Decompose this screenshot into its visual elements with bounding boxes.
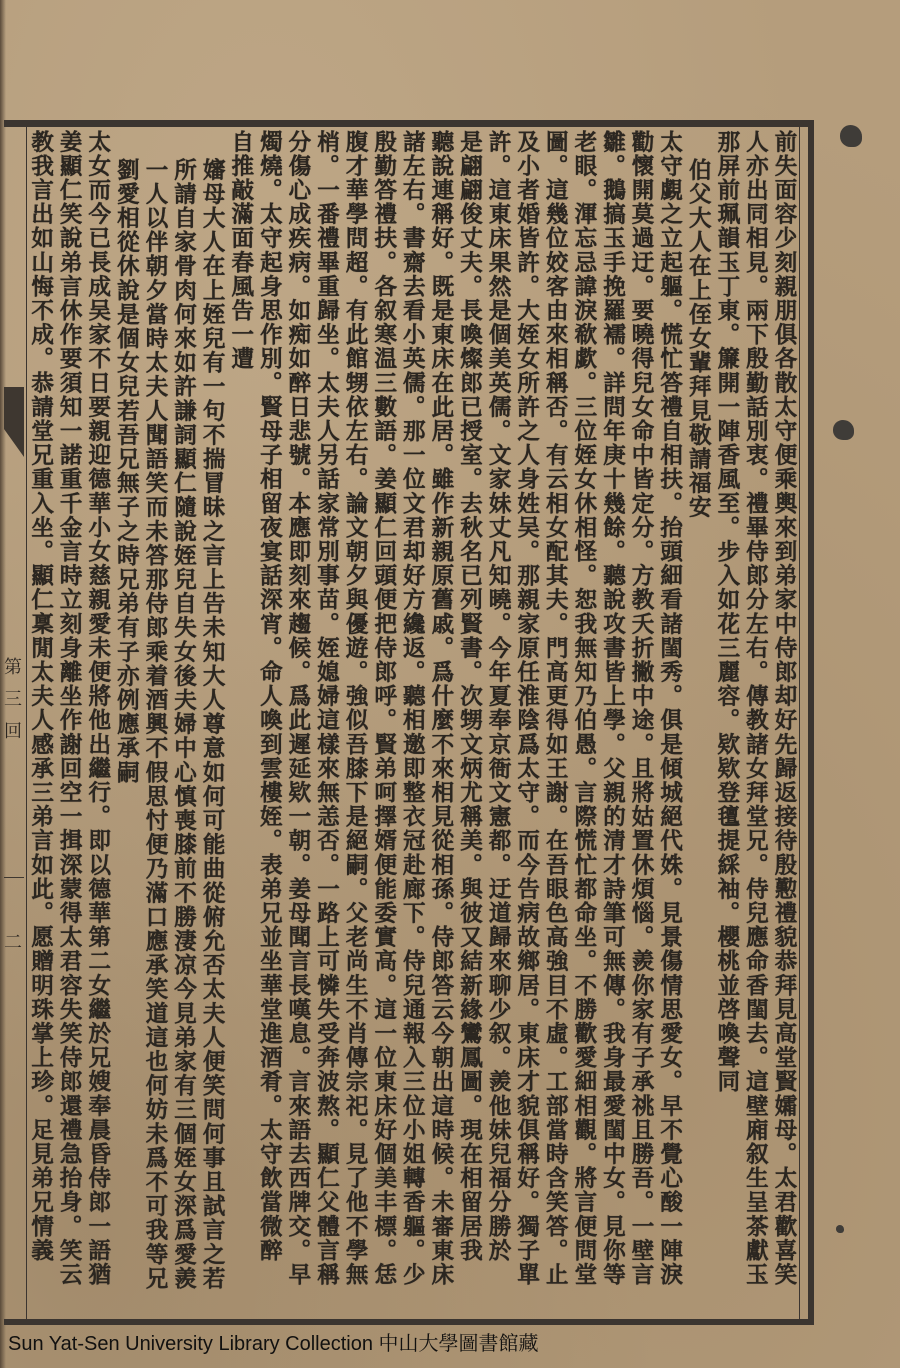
- text-column: 姜顯仁笑說弟言休作要須知一諾重千金言時立刻身離坐作謝回空一揖深蒙得太君容失笑侍郎…: [57, 130, 86, 1310]
- text-column-speech: 所請自家骨肉何來如許謙詞顯仁隨說姪兒自失女後夫婦中心慎喪膝前不勝淒凉今見弟家有三…: [171, 130, 200, 1310]
- vertical-text-body: 前失面容少刻親朋俱各散太守便乘輿來到弟家中侍郎却好先歸返接待殷懃禮貌恭拜見高堂賢…: [28, 130, 800, 1310]
- text-column-speech: 劉愛相從休說是個女兒若吾兄無子之時兄弟有子亦例應承嗣: [114, 130, 143, 1310]
- text-column: 分傷心成疾病。如痴如醉日悲號。本應即刻來趨候。爲此遲延欵一朝。姜母聞言長嘆息。言…: [285, 130, 314, 1310]
- text-column-speech: 一人以伴朝夕當時太夫人聞語笑而未答那侍郎乘着酒興不假思忖便乃滿口應承笑道這也何妨…: [142, 130, 171, 1310]
- text-column: 勸懷開莫過迂。要曉得兒女命中皆定分。方教夭折撇中途。且將姑置休煩惱。羨你家有子承…: [628, 130, 657, 1310]
- text-column: 教我言出如山悔不成。恭請堂兄重入坐。顯仁稟閒太夫人感承三弟言如此。愿贈明珠掌上珍…: [28, 130, 57, 1310]
- text-column: 人亦出同相見。兩下殷勤話別衷。禮畢侍郎分左右。傳教諸女拜堂兄。侍兒應命香閨去。這…: [743, 130, 772, 1310]
- banxin-center-strip: 第三回 二: [4, 127, 26, 1327]
- text-column: 那屏前珮韻玉丁東。簾開一陣香風至。步入如花三麗容。欵欵登氊提綵袖。櫻桃並啓喚聲同: [714, 130, 743, 1310]
- text-column: 太女而今已長成吴家不日要親迎德華小女慈親愛未便將他出繼行。即以德華第二女繼於兄嫂…: [85, 130, 114, 1310]
- banxin-rule: [4, 877, 24, 878]
- text-column: 圖。這幾位姣客由來相稱否。有云相女配其夫。門高更得如王謝。在吾眼色高強目不虛。工…: [543, 130, 572, 1310]
- text-column: 殷勤答禮扶。各叙寒温三數語。姜顯仁回頭便把侍郎呼。賢弟呵擇婿便能委實高。這一位東…: [371, 130, 400, 1310]
- text-column: 聽說連稱好。既是東床在此居。雖作新親原舊戚。爲什麼不來相見從相孫。侍郎答云今朝出…: [428, 130, 457, 1310]
- text-column: 燭燒。太守起身思作別。賢母子相留夜宴話深宵。命人喚到雲樓姪。表弟兄並坐華堂進酒肴…: [257, 130, 286, 1310]
- worm-hole: [840, 125, 862, 147]
- worm-hole: [833, 420, 854, 440]
- text-column: 腹才華學問超。有此館甥依左右。論文朝夕與優遊。強似吾膝下是絕嗣。父老尚生不肖傳宗…: [343, 130, 372, 1310]
- text-column-speech: 嬸母大人在上姪兒有一句不揣冒昧之言上告未知大人尊意如何可能曲從俯允否太夫人便笑問…: [200, 130, 229, 1310]
- worm-hole: [836, 1225, 844, 1233]
- chapter-label: 第三回: [4, 657, 24, 753]
- banxin-divider-line: [26, 127, 27, 1319]
- text-column: 自推敲滿面春風告一遭: [228, 130, 257, 1310]
- text-column: 許。這東床果然是個美英儒。文家妹丈凡知曉。今年夏奉京衙文憲都。迂道歸來聊少叙。羨…: [485, 130, 514, 1310]
- text-column: 是翩翩俊丈夫。長喚燦郎已授室。去秋名已列賢書。次甥文炳尤稱美。與彼又結新緣鸞鳳圖…: [457, 130, 486, 1310]
- text-column-speech: 伯父大人在上侄女輩拜見敬請福安: [686, 130, 715, 1310]
- page-number: 二: [4, 932, 24, 950]
- text-column: 太守覷之立起軀。慌忙答禮自相扶。抬頭細看諸閨秀。俱是傾城絕代姝。見景傷情思愛女。…: [657, 130, 686, 1310]
- text-column: 雛。鵝搞玉手挽羅襦。詳問年庚十幾餘。聽說攻書皆上學。父親的清才詩筆可無傳。我身最…: [600, 130, 629, 1310]
- text-column: 梢。一番禮畢重歸坐。太夫人另話家常別事苗。姪媳婦這樣來無恙否。一路上可憐失受奔波…: [314, 130, 343, 1310]
- text-column: 老眼。渾忘忌諱淚欷歔。三位姪女休相怪。恕我無知乃伯愚。言際慌忙都命坐。不勝歡愛細…: [571, 130, 600, 1310]
- text-column: 諸左右。書齋去看小英儒。那一位文君却好方纔返。聽相邀即整衣冠赴廊下。侍兒通報入三…: [400, 130, 429, 1310]
- fish-tail-mark: [4, 387, 24, 457]
- text-column: 前失面容少刻親朋俱各散太守便乘輿來到弟家中侍郎却好先歸返接待殷懃禮貌恭拜見高堂賢…: [771, 130, 800, 1310]
- library-watermark: Sun Yat-Sen University Library Collectio…: [8, 1327, 539, 1356]
- text-column: 及小者婚皆許。大姪女所許之人身姓吴。那親家原任淮陰爲太守。而今告病故鄉居。東床才…: [514, 130, 543, 1310]
